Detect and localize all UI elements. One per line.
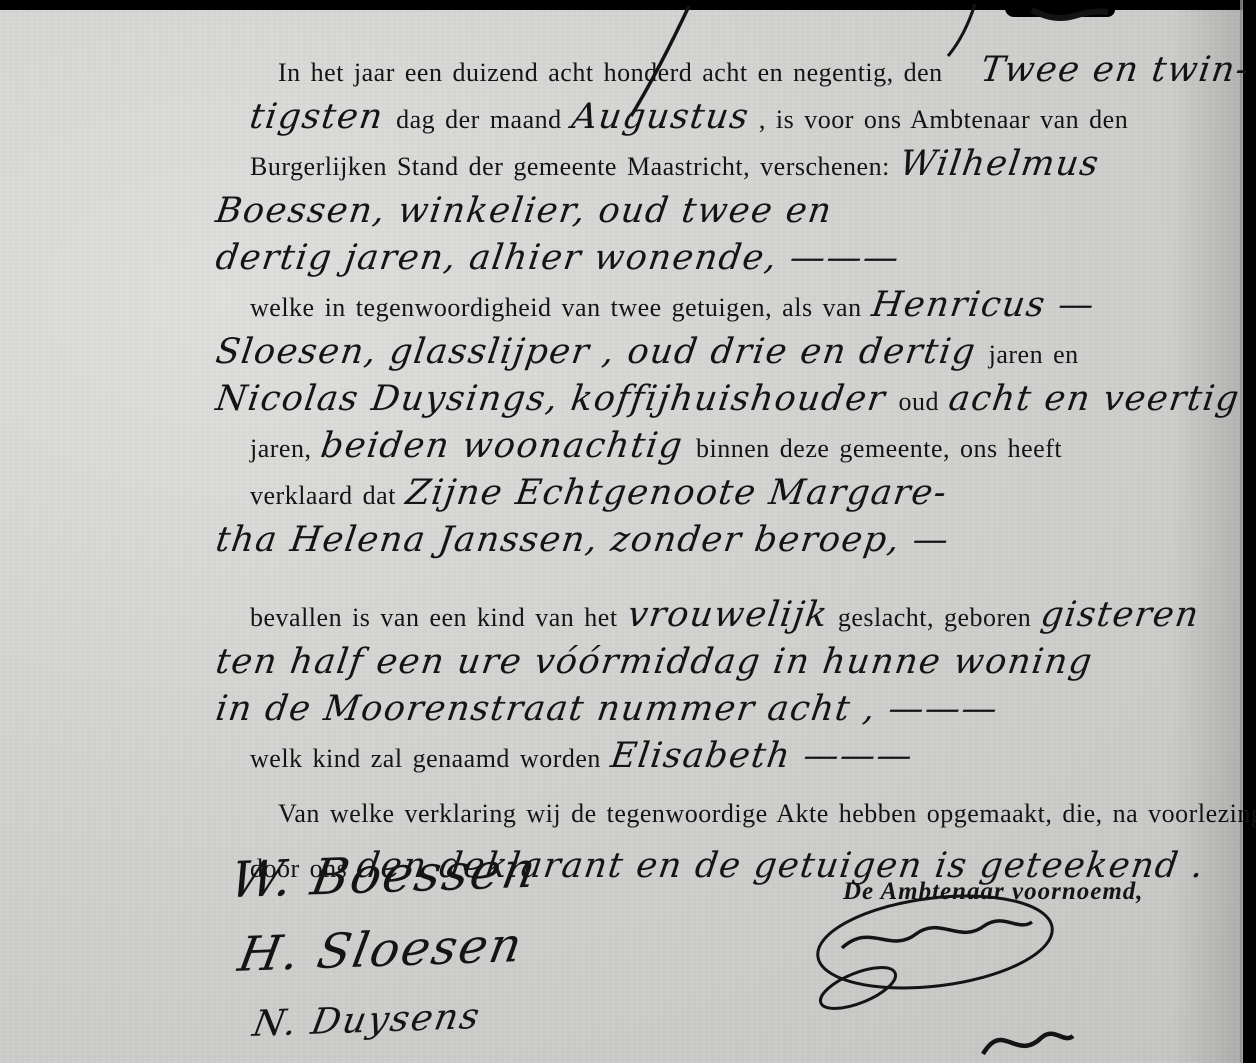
act-line: welke in tegenwoordigheid van twee getui… — [250, 285, 1240, 332]
act-line: Van welke verklaring wij de tegenwoordig… — [250, 799, 1240, 846]
signature-declarant: W. Boessen — [226, 841, 542, 910]
flourish-lower-loop — [815, 959, 900, 1017]
document-scan: In het jaar een duizend acht honderd ach… — [0, 0, 1256, 1063]
signature-witness-2: N. Duysens — [250, 996, 485, 1045]
signature-witness-1: H. Sloesen — [234, 917, 528, 983]
handwritten-text: ten half een ure vóórmiddag in hunne won… — [213, 642, 1095, 682]
printed-text: , is voor ons Ambtenaar van den — [749, 105, 1128, 134]
act-line: Sloesen, glasslijper , oud drie en derti… — [216, 332, 1240, 379]
handwritten-text: Zijne Echtgenoote Margare- — [403, 473, 950, 513]
handwritten-text: Wilhelmus — [897, 144, 1102, 184]
printed-text: jaren, — [250, 434, 321, 463]
handwritten-text: Henricus — — [869, 285, 1098, 325]
act-line: Nicolas Duysings, koffijhuishouder oud a… — [216, 379, 1240, 426]
handwritten-text: beiden woonachtig — [319, 426, 699, 466]
printed-text: welke in tegenwoordigheid van twee getui… — [250, 293, 872, 322]
handwritten-text: Nicolas Duysings, koffijhuishouder — [213, 379, 901, 419]
handwritten-text: dertig jaren, alhier wonende, ——— — [213, 238, 902, 278]
act-line: tigsten dag der maand Augustus , is voor… — [250, 97, 1240, 144]
cutoff-bottom-squiggle — [983, 1034, 1073, 1054]
handwritten-text: acht en veertig — [946, 379, 1242, 419]
printed-text: dag der maand — [396, 105, 572, 134]
handwritten-text: tigsten — [247, 97, 399, 137]
act-line: welk kind zal genaamd worden Elisabeth —… — [250, 736, 1240, 783]
scan-edge-top-ragged — [1005, 8, 1115, 17]
printed-text: welk kind zal genaamd worden — [250, 744, 611, 773]
act-line: verklaard dat Zijne Echtgenoote Margare- — [250, 473, 1240, 520]
act-line: bevallen is van een kind van het vrouwel… — [250, 595, 1240, 642]
handwritten-text: gisteren — [1038, 595, 1202, 635]
act-line: in de Moorenstraat nummer acht , ——— — [216, 689, 1240, 736]
handwritten-text: tha Helena Janssen, zonder beroep, — — [213, 520, 952, 560]
handwritten-text: Twee en twin- — [950, 50, 1252, 90]
act-line: jaren, beiden woonachtig binnen deze gem… — [250, 426, 1240, 473]
act-line: In het jaar een duizend acht honderd ach… — [250, 50, 1240, 97]
printed-text: geslacht, geboren — [828, 603, 1041, 632]
act-line: ten half een ure vóórmiddag in hunne won… — [216, 642, 1240, 689]
handwritten-text: Augustus — [569, 97, 752, 137]
handwritten-text: Boessen, winkelier, oud twee en — [213, 191, 835, 231]
act-line: Boessen, winkelier, oud twee en — [216, 191, 1240, 238]
act-line: dertig jaren, alhier wonende, ——— — [216, 238, 1240, 285]
handwritten-text: in de Moorenstraat nummer acht , ——— — [213, 689, 1001, 729]
printed-text: Van welke verklaring wij de tegenwoordig… — [278, 799, 1256, 828]
official-caption: De Ambtenaar voornoemd, — [843, 878, 1144, 906]
handwritten-text: Sloesen, glasslijper , oud drie en derti… — [213, 332, 991, 372]
printed-text: In het jaar een duizend acht honderd ach… — [278, 58, 953, 87]
act-line: Burgerlijken Stand der gemeente Maastric… — [250, 144, 1240, 191]
scan-edge-right — [1243, 0, 1256, 1063]
printed-text: bevallen is van een kind van het — [250, 603, 628, 632]
printed-text: oud — [898, 387, 949, 416]
printed-text: jaren en — [989, 340, 1079, 369]
handwritten-text: vrouwelijk — [625, 595, 831, 635]
pen-upstroke-twee — [948, 4, 975, 56]
act-text: In het jaar een duizend acht honderd ach… — [250, 50, 1240, 893]
printed-text: Burgerlijken Stand der gemeente Maastric… — [250, 152, 900, 181]
act-line: tha Helena Janssen, zonder beroep, — — [216, 520, 1240, 567]
flourish-scribble — [842, 921, 1032, 948]
handwritten-text: Elisabeth ——— — [608, 736, 916, 776]
printed-text: verklaard dat — [250, 481, 406, 510]
printed-text: binnen deze gemeente, ons heeft — [696, 434, 1062, 463]
